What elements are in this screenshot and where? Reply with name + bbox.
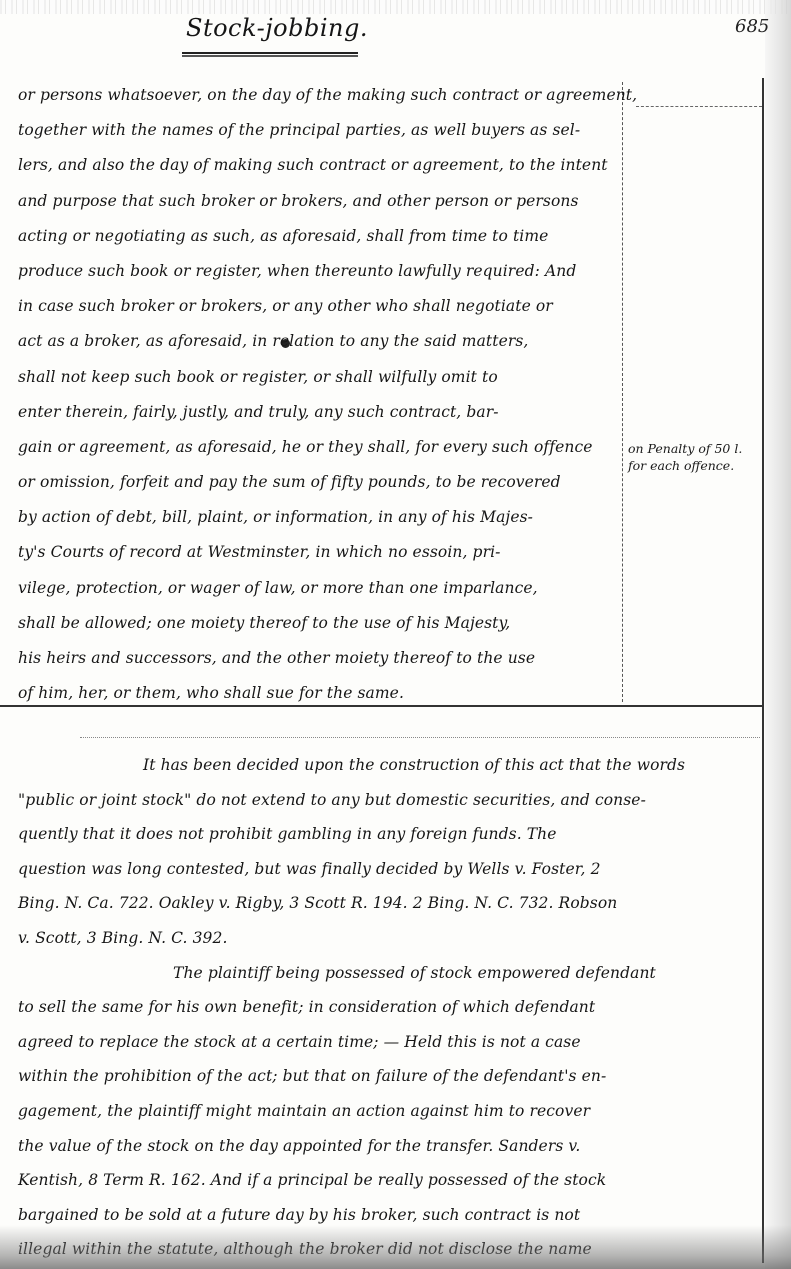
page-number: 685	[735, 16, 769, 37]
page-title: Stock-jobbing.	[186, 14, 368, 42]
text-line: his heirs and successors, and the other …	[18, 641, 628, 676]
text-line: together with the names of the principal…	[18, 113, 628, 148]
text-line: produce such book or register, when ther…	[18, 254, 628, 289]
text-line: v. Scott, 3 Bing. N. C. 392.	[18, 921, 763, 956]
photocopy-shadow-bottom	[0, 1225, 791, 1269]
text-line: acting or negotiating as such, as afores…	[18, 219, 628, 254]
text-line: The plaintiff being possessed of stock e…	[18, 956, 763, 991]
text-line: to sell the same for his own benefit; in…	[18, 990, 763, 1025]
text-line: Bing. N. Ca. 722. Oakley v. Rigby, 3 Sco…	[18, 886, 763, 921]
text-line: "public or joint stock" do not extend to…	[18, 783, 763, 818]
text-line: agreed to replace the stock at a certain…	[18, 1025, 763, 1060]
margin-top-rule	[636, 106, 762, 107]
commentary-text: It has been decided upon the constructio…	[18, 748, 763, 1267]
margin-note-line: for each offence.	[628, 457, 758, 474]
text-line: the value of the stock on the day appoin…	[18, 1129, 763, 1164]
text-line: Kentish, 8 Term R. 162. And if a princip…	[18, 1163, 763, 1198]
text-line: shall not keep such book or register, or…	[18, 360, 628, 395]
text-line: ty's Courts of record at Westminster, in…	[18, 535, 628, 570]
photocopy-noise-top	[0, 0, 791, 14]
page-edge-shadow	[765, 0, 791, 1269]
text-line: or omission, forfeit and pay the sum of …	[18, 465, 628, 500]
text-line: gagement, the plaintiff might maintain a…	[18, 1094, 763, 1129]
text-line: by action of debt, bill, plaint, or info…	[18, 500, 628, 535]
text-line: vilege, protection, or wager of law, or …	[18, 571, 628, 606]
text-line: question was long contested, but was fin…	[18, 852, 763, 887]
manuscript-page: Stock-jobbing. 685 or persons whatsoever…	[0, 0, 791, 1269]
text-line: or persons whatsoever, on the day of the…	[18, 78, 628, 113]
text-line: gain or agreement, as aforesaid, he or t…	[18, 430, 628, 465]
text-line: lers, and also the day of making such co…	[18, 148, 628, 183]
text-line: quently that it does not prohibit gambli…	[18, 817, 763, 852]
text-line: in case such broker or brokers, or any o…	[18, 289, 628, 324]
margin-note-penalty: on Penalty of 50 l. for each offence.	[628, 440, 758, 474]
text-line: It has been decided upon the constructio…	[18, 748, 763, 783]
text-line: of him, her, or them, who shall sue for …	[18, 676, 628, 711]
text-line: act as a broker, as aforesaid, in relati…	[18, 324, 628, 359]
margin-note-line: on Penalty of 50 l.	[628, 440, 758, 457]
statute-text: or persons whatsoever, on the day of the…	[18, 78, 628, 711]
text-line: and purpose that such broker or brokers,…	[18, 184, 628, 219]
text-line: within the prohibition of the act; but t…	[18, 1059, 763, 1094]
text-line: enter therein, fairly, justly, and truly…	[18, 395, 628, 430]
dotted-rule	[80, 737, 760, 738]
text-line: shall be allowed; one moiety thereof to …	[18, 606, 628, 641]
title-underline	[182, 52, 358, 54]
